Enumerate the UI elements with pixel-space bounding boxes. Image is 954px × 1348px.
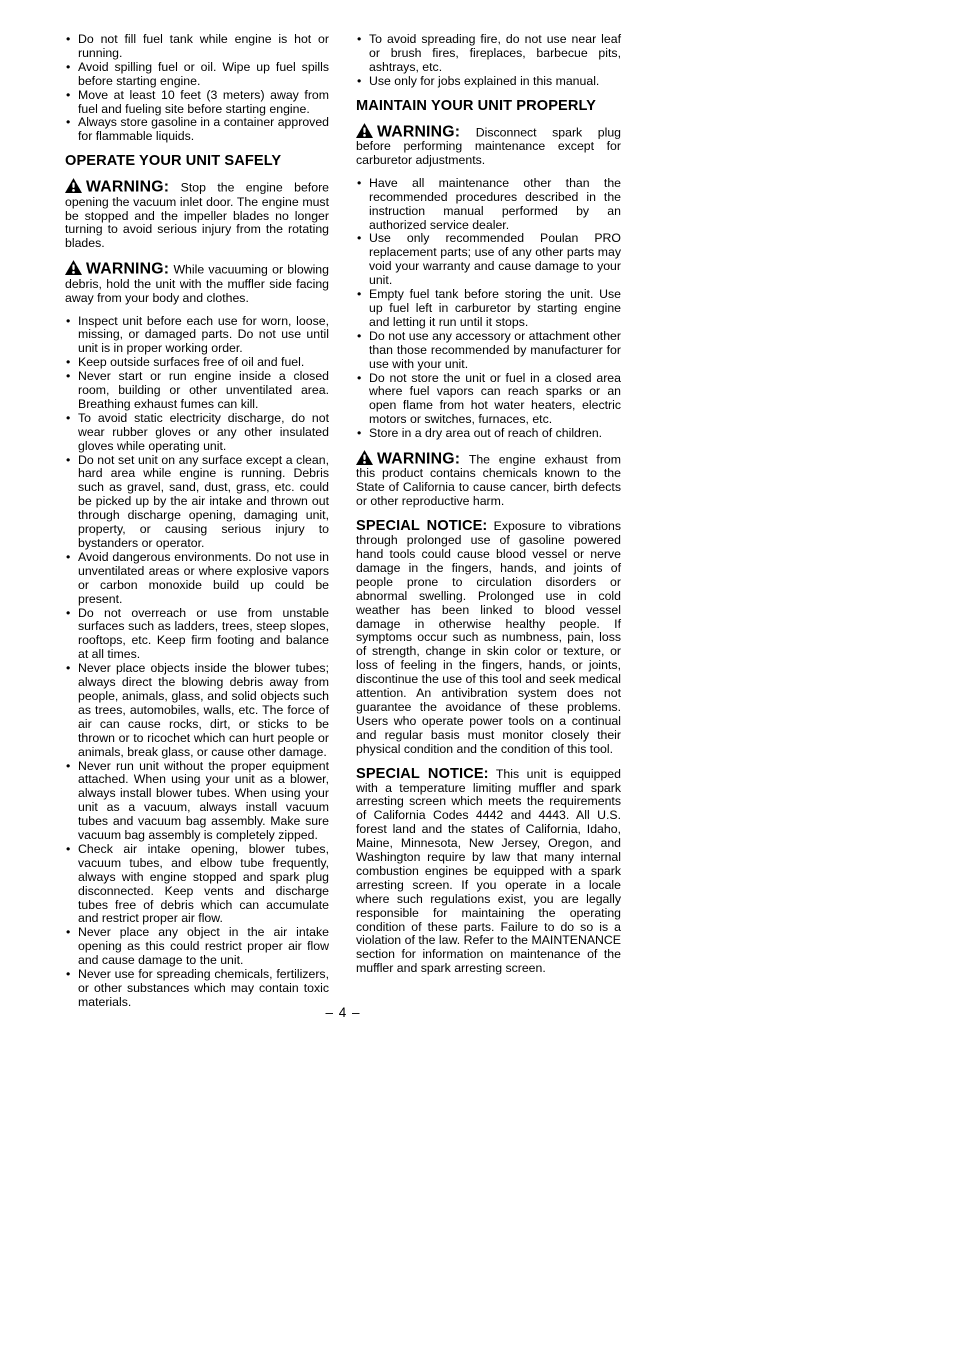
list-item: Check air intake opening, blower tubes, …	[65, 843, 329, 926]
left-column: Do not fill fuel tank while engine is ho…	[65, 33, 329, 1010]
operate-safety-bullet-list: Inspect unit before each use for worn, l…	[65, 315, 329, 1010]
section-heading-operate: OPERATE YOUR UNIT SAFELY	[65, 153, 329, 169]
manual-page: Do not fill fuel tank while engine is ho…	[0, 0, 954, 1348]
list-item: Never place objects inside the blower tu…	[65, 662, 329, 759]
special-notice-label: SPECIAL NOTICE:	[356, 518, 487, 534]
list-item: Do not use any accessory or attachment o…	[356, 330, 621, 372]
special-notice-text: Exposure to vibrations through prolonged…	[356, 519, 621, 756]
special-notice-label: SPECIAL NOTICE:	[356, 766, 489, 782]
list-item: Inspect unit before each use for worn, l…	[65, 315, 329, 357]
list-item: To avoid static electricity discharge, d…	[65, 412, 329, 454]
list-item: Use only for jobs explained in this manu…	[356, 75, 621, 89]
special-notices: SPECIAL NOTICE: Exposure to vibrations t…	[356, 520, 621, 976]
list-item: Avoid spilling fuel or oil. Wipe up fuel…	[65, 61, 329, 89]
list-item: Do not fill fuel tank while engine is ho…	[65, 33, 329, 61]
right-column: To avoid spreading fire, do not use near…	[356, 33, 621, 987]
list-item: Do not set unit on any surface except a …	[65, 454, 329, 551]
warning-label: WARNING:	[377, 123, 460, 140]
section-heading-maintain: MAINTAIN YOUR UNIT PROPERLY	[356, 98, 621, 114]
special-notice-paragraph: SPECIAL NOTICE: This unit is equipped wi…	[356, 768, 621, 977]
list-item: Avoid dangerous environments. Do not use…	[65, 551, 329, 607]
list-item: Store in a dry area out of reach of chil…	[356, 427, 621, 441]
list-item: Do not store the unit or fuel in a close…	[356, 372, 621, 428]
list-item: Empty fuel tank before storing the unit.…	[356, 288, 621, 330]
special-notice-text: This unit is equipped with a temperature…	[356, 767, 621, 976]
list-item: Never use for spreading chemicals, ferti…	[65, 968, 329, 1010]
warning-triangle-icon	[356, 123, 373, 140]
fuel-safety-bullet-list: Do not fill fuel tank while engine is ho…	[65, 33, 329, 144]
warning-label: WARNING:	[377, 451, 460, 468]
warning-paragraph-disconnect: WARNING: Disconnect spark plug before pe…	[356, 123, 621, 168]
warning-triangle-icon	[356, 450, 373, 467]
list-item: Have all maintenance other than the reco…	[356, 177, 621, 233]
special-notice-paragraph: SPECIAL NOTICE: Exposure to vibrations t…	[356, 520, 621, 756]
list-item: To avoid spreading fire, do not use near…	[356, 33, 621, 75]
maintenance-bullet-list: Have all maintenance other than the reco…	[356, 177, 621, 441]
fire-safety-bullet-list: To avoid spreading fire, do not use near…	[356, 33, 621, 89]
warning-paragraph-exhaust: WARNING: The engine exhaust from this pr…	[356, 450, 621, 509]
list-item: Keep outside surfaces free of oil and fu…	[65, 356, 329, 370]
list-item: Always store gasoline in a container app…	[65, 116, 329, 144]
warning-triangle-icon	[65, 260, 82, 277]
list-item: Do not overreach or use from unstable su…	[65, 607, 329, 663]
list-item: Move at least 10 feet (3 meters) away fr…	[65, 89, 329, 117]
warning-label: WARNING:	[86, 179, 169, 196]
list-item: Never run unit without the proper equipm…	[65, 760, 329, 843]
warning-triangle-icon	[65, 178, 82, 195]
list-item: Never start or run engine inside a close…	[65, 370, 329, 412]
warning-paragraph-vacuuming: WARNING: While vacuuming or blowing debr…	[65, 260, 329, 305]
warning-paragraph-stop-engine: WARNING: Stop the engine before opening …	[65, 178, 329, 251]
list-item: Never place any object in the air intake…	[65, 926, 329, 968]
list-item: Use only recommended Poulan PRO replacem…	[356, 232, 621, 288]
warning-label: WARNING:	[86, 261, 169, 278]
page-number: – 4 –	[65, 1006, 621, 1020]
